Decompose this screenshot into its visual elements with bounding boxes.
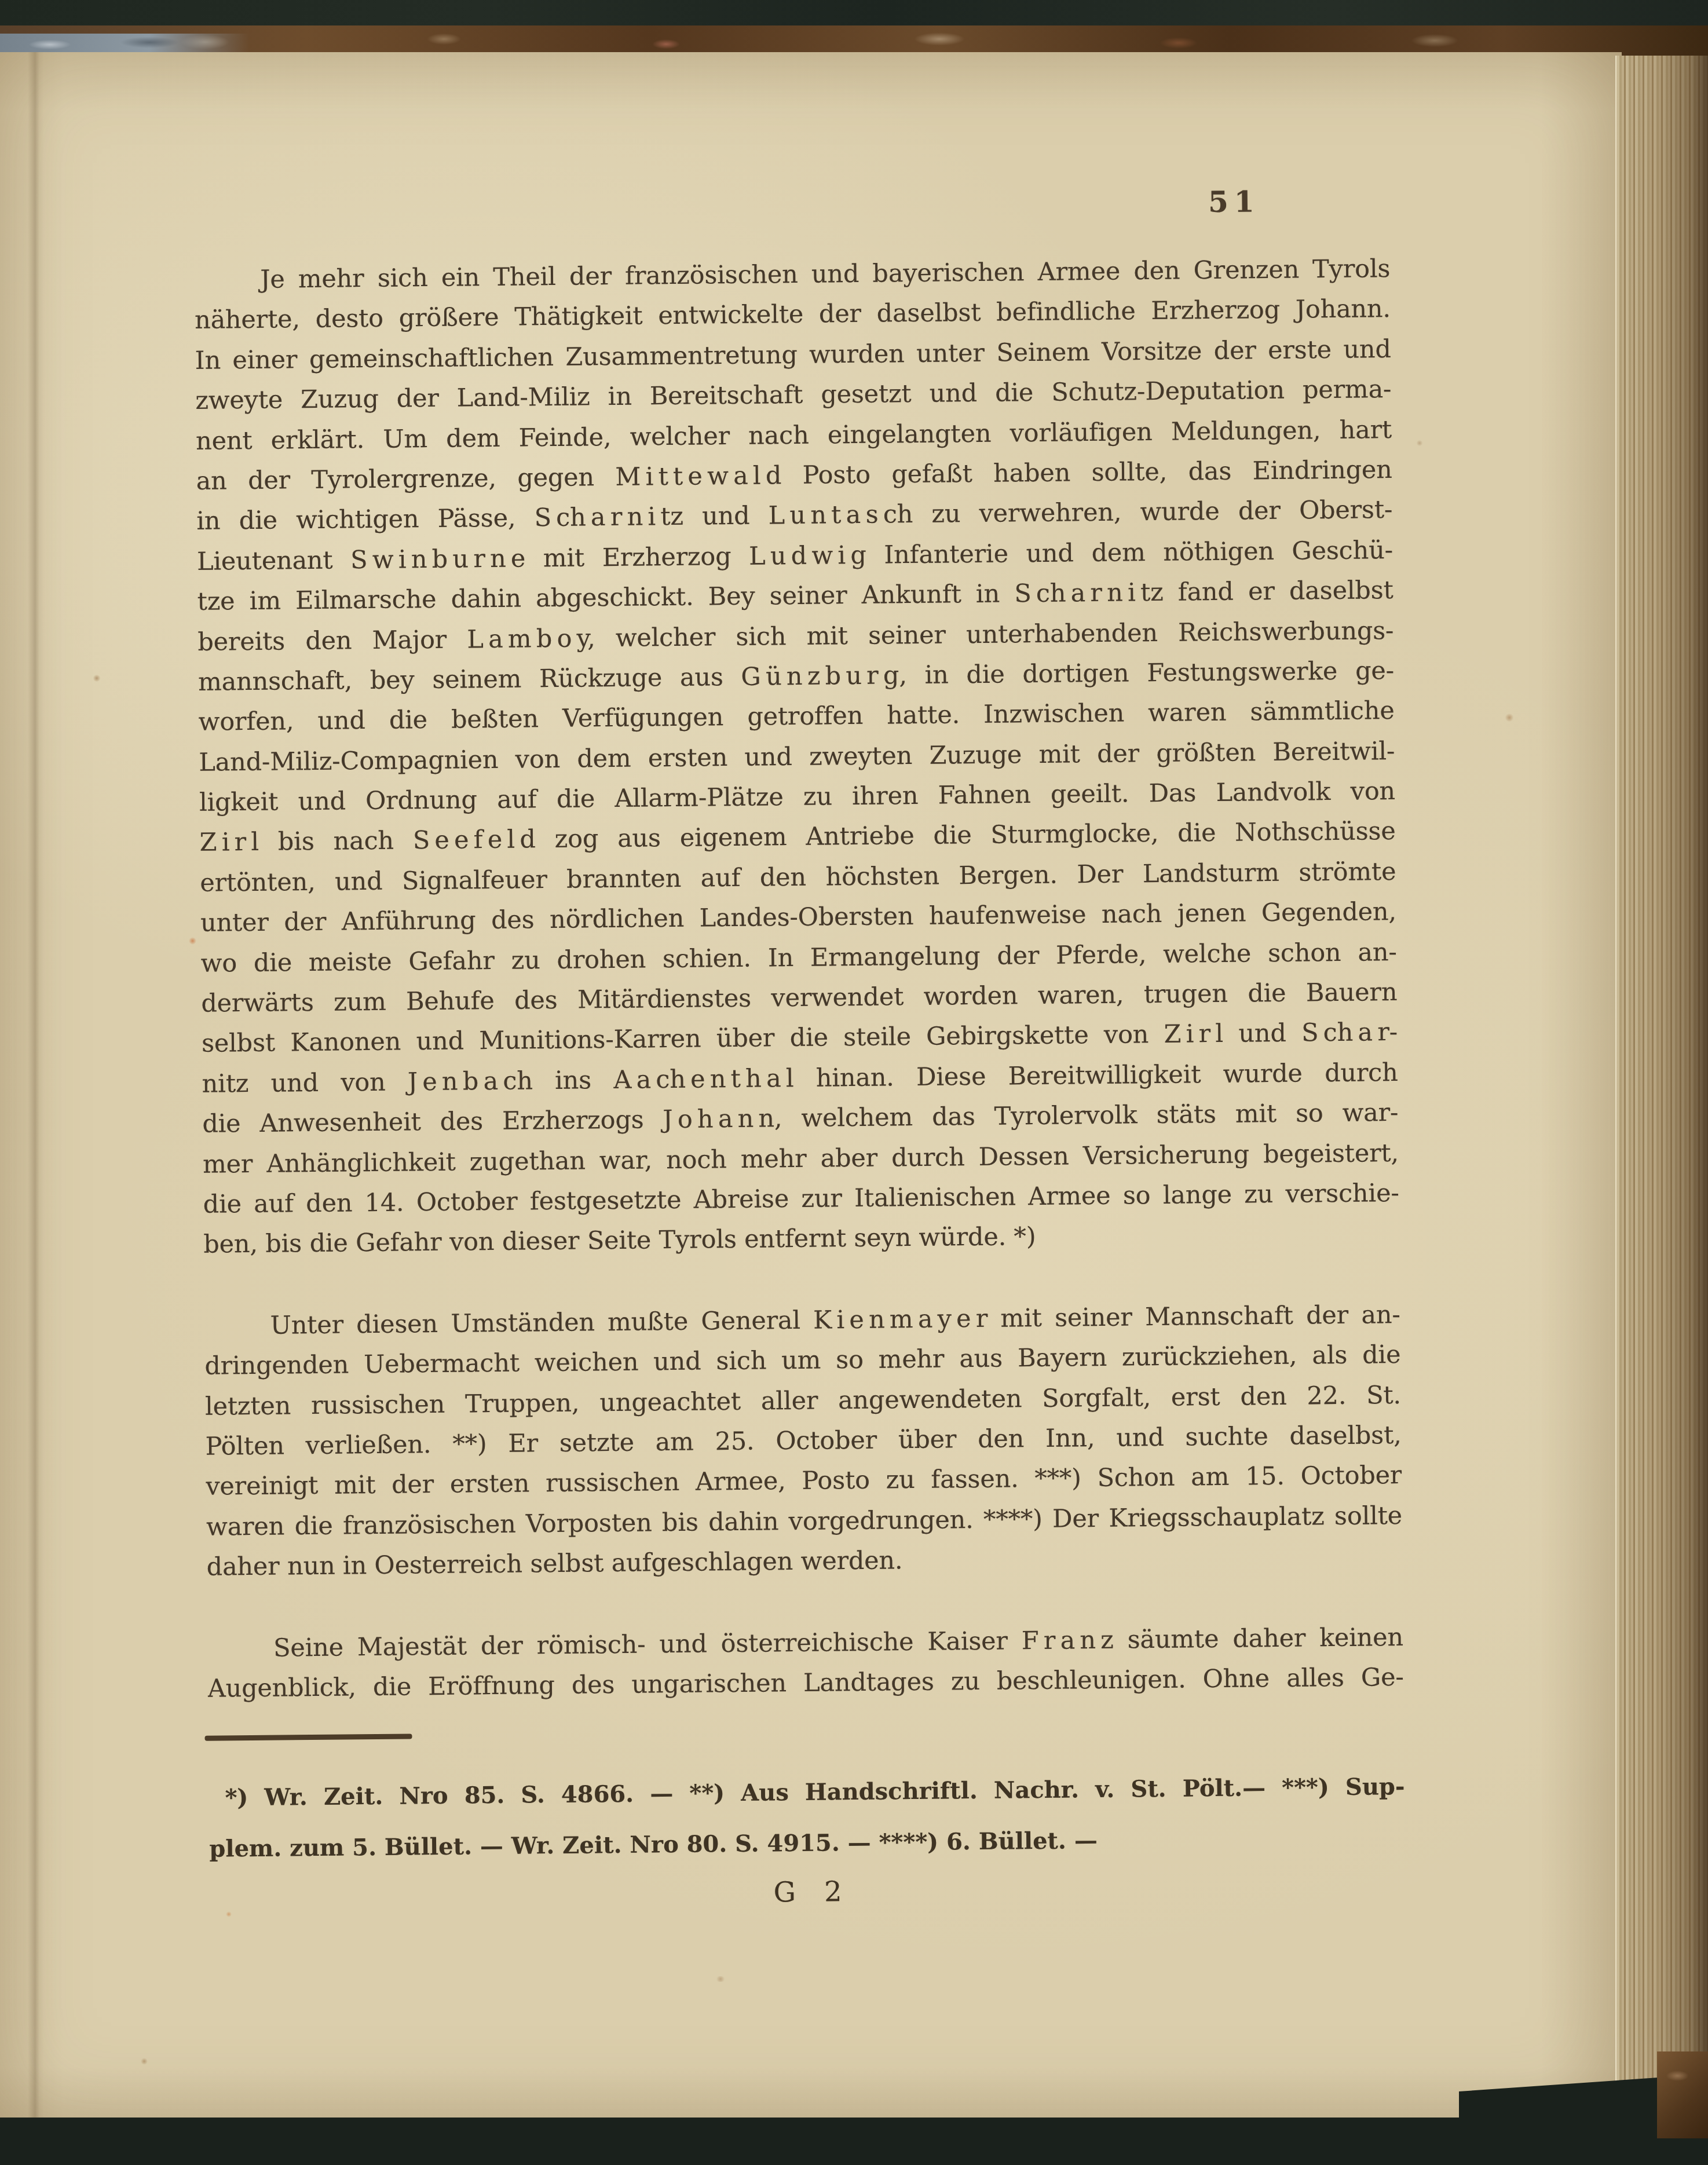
paragraph-2: Unter diesen Umständen mußte General K i… bbox=[204, 1295, 1403, 1588]
marbled-leather-strip bbox=[0, 25, 1708, 56]
foxing-spot bbox=[1416, 440, 1423, 446]
book-page-scan: 51 Je mehr sich ein Theil der französisc… bbox=[0, 0, 1708, 2165]
text-block: 51 Je mehr sich ein Theil der französisc… bbox=[194, 249, 1406, 1914]
foxing-spot bbox=[189, 937, 196, 945]
text-line: plem. zum 5. Büllet. — Wr. Zeit. Nro 80.… bbox=[209, 1812, 1406, 1875]
paragraph-3: Seine Majestät der römisch- und österrei… bbox=[207, 1617, 1404, 1709]
foxing-spot bbox=[93, 675, 101, 682]
book-cover-top-band bbox=[0, 0, 1708, 25]
page-edges-fore-edge bbox=[1615, 56, 1708, 2118]
gutter-crease bbox=[28, 52, 44, 2119]
foxing-spot bbox=[141, 2058, 148, 2065]
foxing-spot bbox=[1505, 714, 1514, 722]
page-number: 51 bbox=[1208, 184, 1260, 219]
scanner-background-bottom bbox=[0, 2118, 1708, 2165]
footnote-block: *) Wr. Zeit. Nro 85. S. 4866. — **) Aus … bbox=[209, 1761, 1406, 1875]
paragraph-1: Je mehr sich ein Theil der französischen… bbox=[194, 249, 1400, 1266]
foxing-spot bbox=[715, 1976, 726, 1982]
leather-corner-bottom-right bbox=[1657, 2051, 1708, 2138]
footnote-separator-rule bbox=[204, 1734, 412, 1741]
